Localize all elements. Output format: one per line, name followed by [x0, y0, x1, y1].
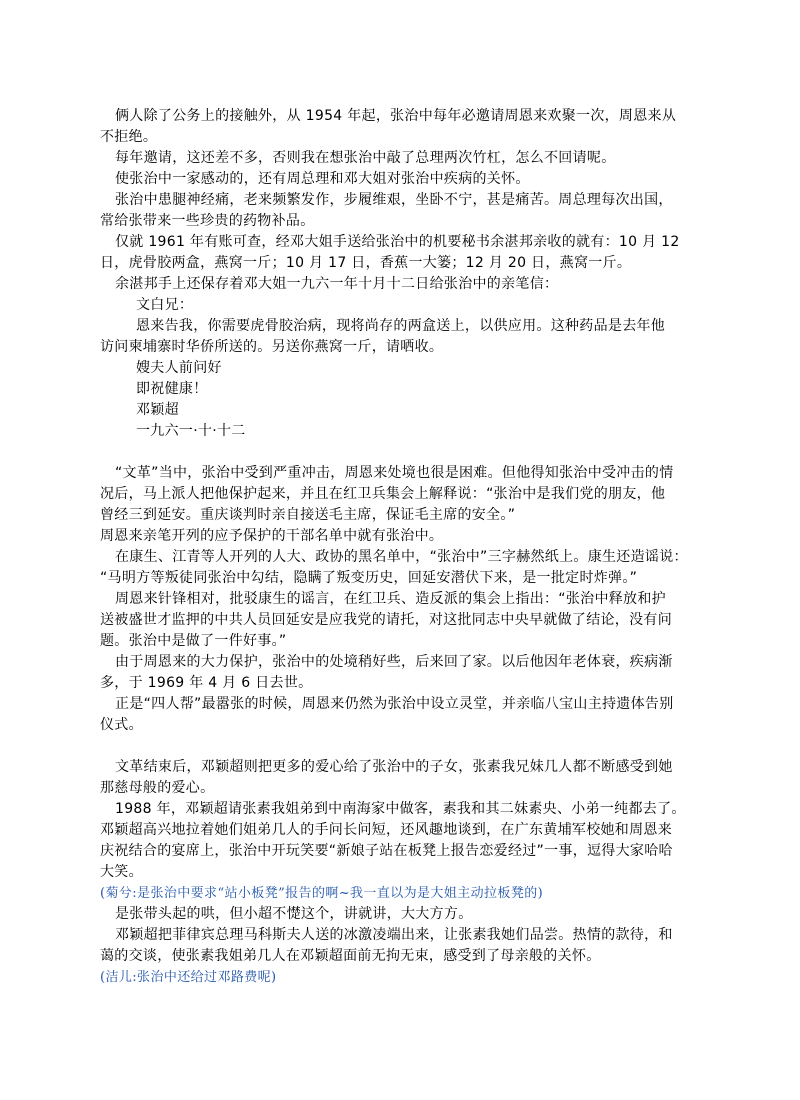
paragraph-line: 送被盛世才监押的中共人员回延安是应我党的请托，对这批同志中央早就做了结论，没有问: [100, 610, 690, 631]
annotation-comment: (洁儿:张治中还给过邓路费呢): [100, 967, 690, 988]
paragraph-line: 在康生、江青等人开列的人大、政协的黑名单中，“张治中”三字赫然纸上。康生还造谣说…: [100, 547, 690, 568]
paragraph-line: 俩人除了公务上的接触外，从 1954 年起，张治中每年必邀请周恩来欢聚一次，周恩…: [100, 106, 690, 127]
annotation-comment: (菊兮:是张治中要求“站小板凳”报告的啊~我一直以为是大姐主动拉板凳的): [100, 883, 690, 904]
letter-body-line: 恩来告我，你需要虎骨胶治病，现将尚存的两盒送上，以供应用。这种药品是去年他: [100, 316, 690, 337]
paragraph-line: 是张带头起的哄，但小超不憷这个，讲就讲，大大方方。: [100, 904, 690, 925]
paragraph-line: 庆祝结合的宴席上，张治中开玩笑要“新娘子站在板凳上报告恋爱经过”一事，逗得大家哈…: [100, 841, 690, 862]
document-page: 俩人除了公务上的接触外，从 1954 年起，张治中每年必邀请周恩来欢聚一次，周恩…: [100, 106, 690, 988]
paragraph-line: “马明方等叛徒同张治中勾结，隐瞒了叛变历史，回延安潜伏下来，是一批定时炸弹。”: [100, 568, 690, 589]
paragraph-line: 仅就 1961 年有账可查，经邓大姐手送给张治中的机要秘书余湛邦亲收的就有：10…: [100, 232, 690, 253]
paragraph-line: 余湛邦手上还保存着邓大姐一九六一年十月十二日给张治中的亲笔信：: [100, 274, 690, 295]
letter-salutation: 文白兄：: [100, 295, 690, 316]
paragraph-line: 那慈母般的爱心。: [100, 778, 690, 799]
paragraph-line: 题。张治中是做了一件好事。”: [100, 631, 690, 652]
paragraph-line: 大笑。: [100, 862, 690, 883]
paragraph-line: 邓颖超高兴地拉着她们姐弟几人的手问长问短，还风趣地谈到，在广东黄埔军校她和周恩来: [100, 820, 690, 841]
paragraph-line: 多，于 1969 年 4 月 6 日去世。: [100, 673, 690, 694]
paragraph-line: 1988 年，邓颖超请张素我姐弟到中南海家中做客，素我和其二妹素央、小弟一纯都去…: [100, 799, 690, 820]
letter-date: 一九六一·十·十二: [100, 421, 690, 442]
paragraph-line: 张治中患腿神经痛，老来频繁发作，步履维艰，坐卧不宁，甚是痛苦。周总理每次出国，: [100, 190, 690, 211]
letter-closing: 即祝健康！: [100, 379, 690, 400]
paragraph-line: 不拒绝。: [100, 127, 690, 148]
paragraph-line: 正是“四人帮”最嚣张的时候，周恩来仍然为张治中设立灵堂，并亲临八宝山主持遗体告别: [100, 694, 690, 715]
paragraph-line: 由于周恩来的大力保护，张治中的处境稍好些，后来回了家。以后他因年老体衰，疾病渐: [100, 652, 690, 673]
paragraph-line: 日，虎骨胶两盒，燕窝一斤；10 月 17 日，香蕉一大篓；12 月 20 日，燕…: [100, 253, 690, 274]
paragraph-line: 周恩来针锋相对，批驳康生的谣言，在红卫兵、造反派的集会上指出：“张治中释放和护: [100, 589, 690, 610]
paragraph-line: 蔼的交谈，使张素我姐弟几人在邓颖超面前无拘无束，感受到了母亲般的关怀。: [100, 946, 690, 967]
paragraph-line: 每年邀请，这还差不多，否则我在想张治中敲了总理两次竹杠，怎么不回请呢。: [100, 148, 690, 169]
paragraph-line: 文革结束后，邓颖超则把更多的爱心给了张治中的子女，张素我兄妹几人都不断感受到她: [100, 757, 690, 778]
paragraph-line: 使张治中一家感动的，还有周总理和邓大姐对张治中疾病的关怀。: [100, 169, 690, 190]
letter-closing: 嫂夫人前问好: [100, 358, 690, 379]
letter-signature: 邓颖超: [100, 400, 690, 421]
paragraph-line: 仪式。: [100, 715, 690, 736]
paragraph-line: “文革”当中，张治中受到严重冲击，周恩来处境也很是困难。但他得知张治中受冲击的情: [100, 463, 690, 484]
paragraph-line: 常给张带来一些珍贵的药物补品。: [100, 211, 690, 232]
blank-line: [100, 442, 690, 463]
paragraph-line: 周恩来亲笔开列的应予保护的干部名单中就有张治中。: [100, 526, 690, 547]
blank-line: [100, 736, 690, 757]
paragraph-line: 邓颖超把菲律宾总理马科斯夫人送的冰激凌端出来，让张素我她们品尝。热情的款待，和: [100, 925, 690, 946]
paragraph-line: 况后，马上派人把他保护起来，并且在红卫兵集会上解释说：“张治中是我们党的朋友，他: [100, 484, 690, 505]
paragraph-line: 曾经三到延安。重庆谈判时亲自接送毛主席，保证毛主席的安全。”: [100, 505, 690, 526]
letter-body-line: 访问柬埔寨时华侨所送的。另送你燕窝一斤，请哂收。: [100, 337, 690, 358]
